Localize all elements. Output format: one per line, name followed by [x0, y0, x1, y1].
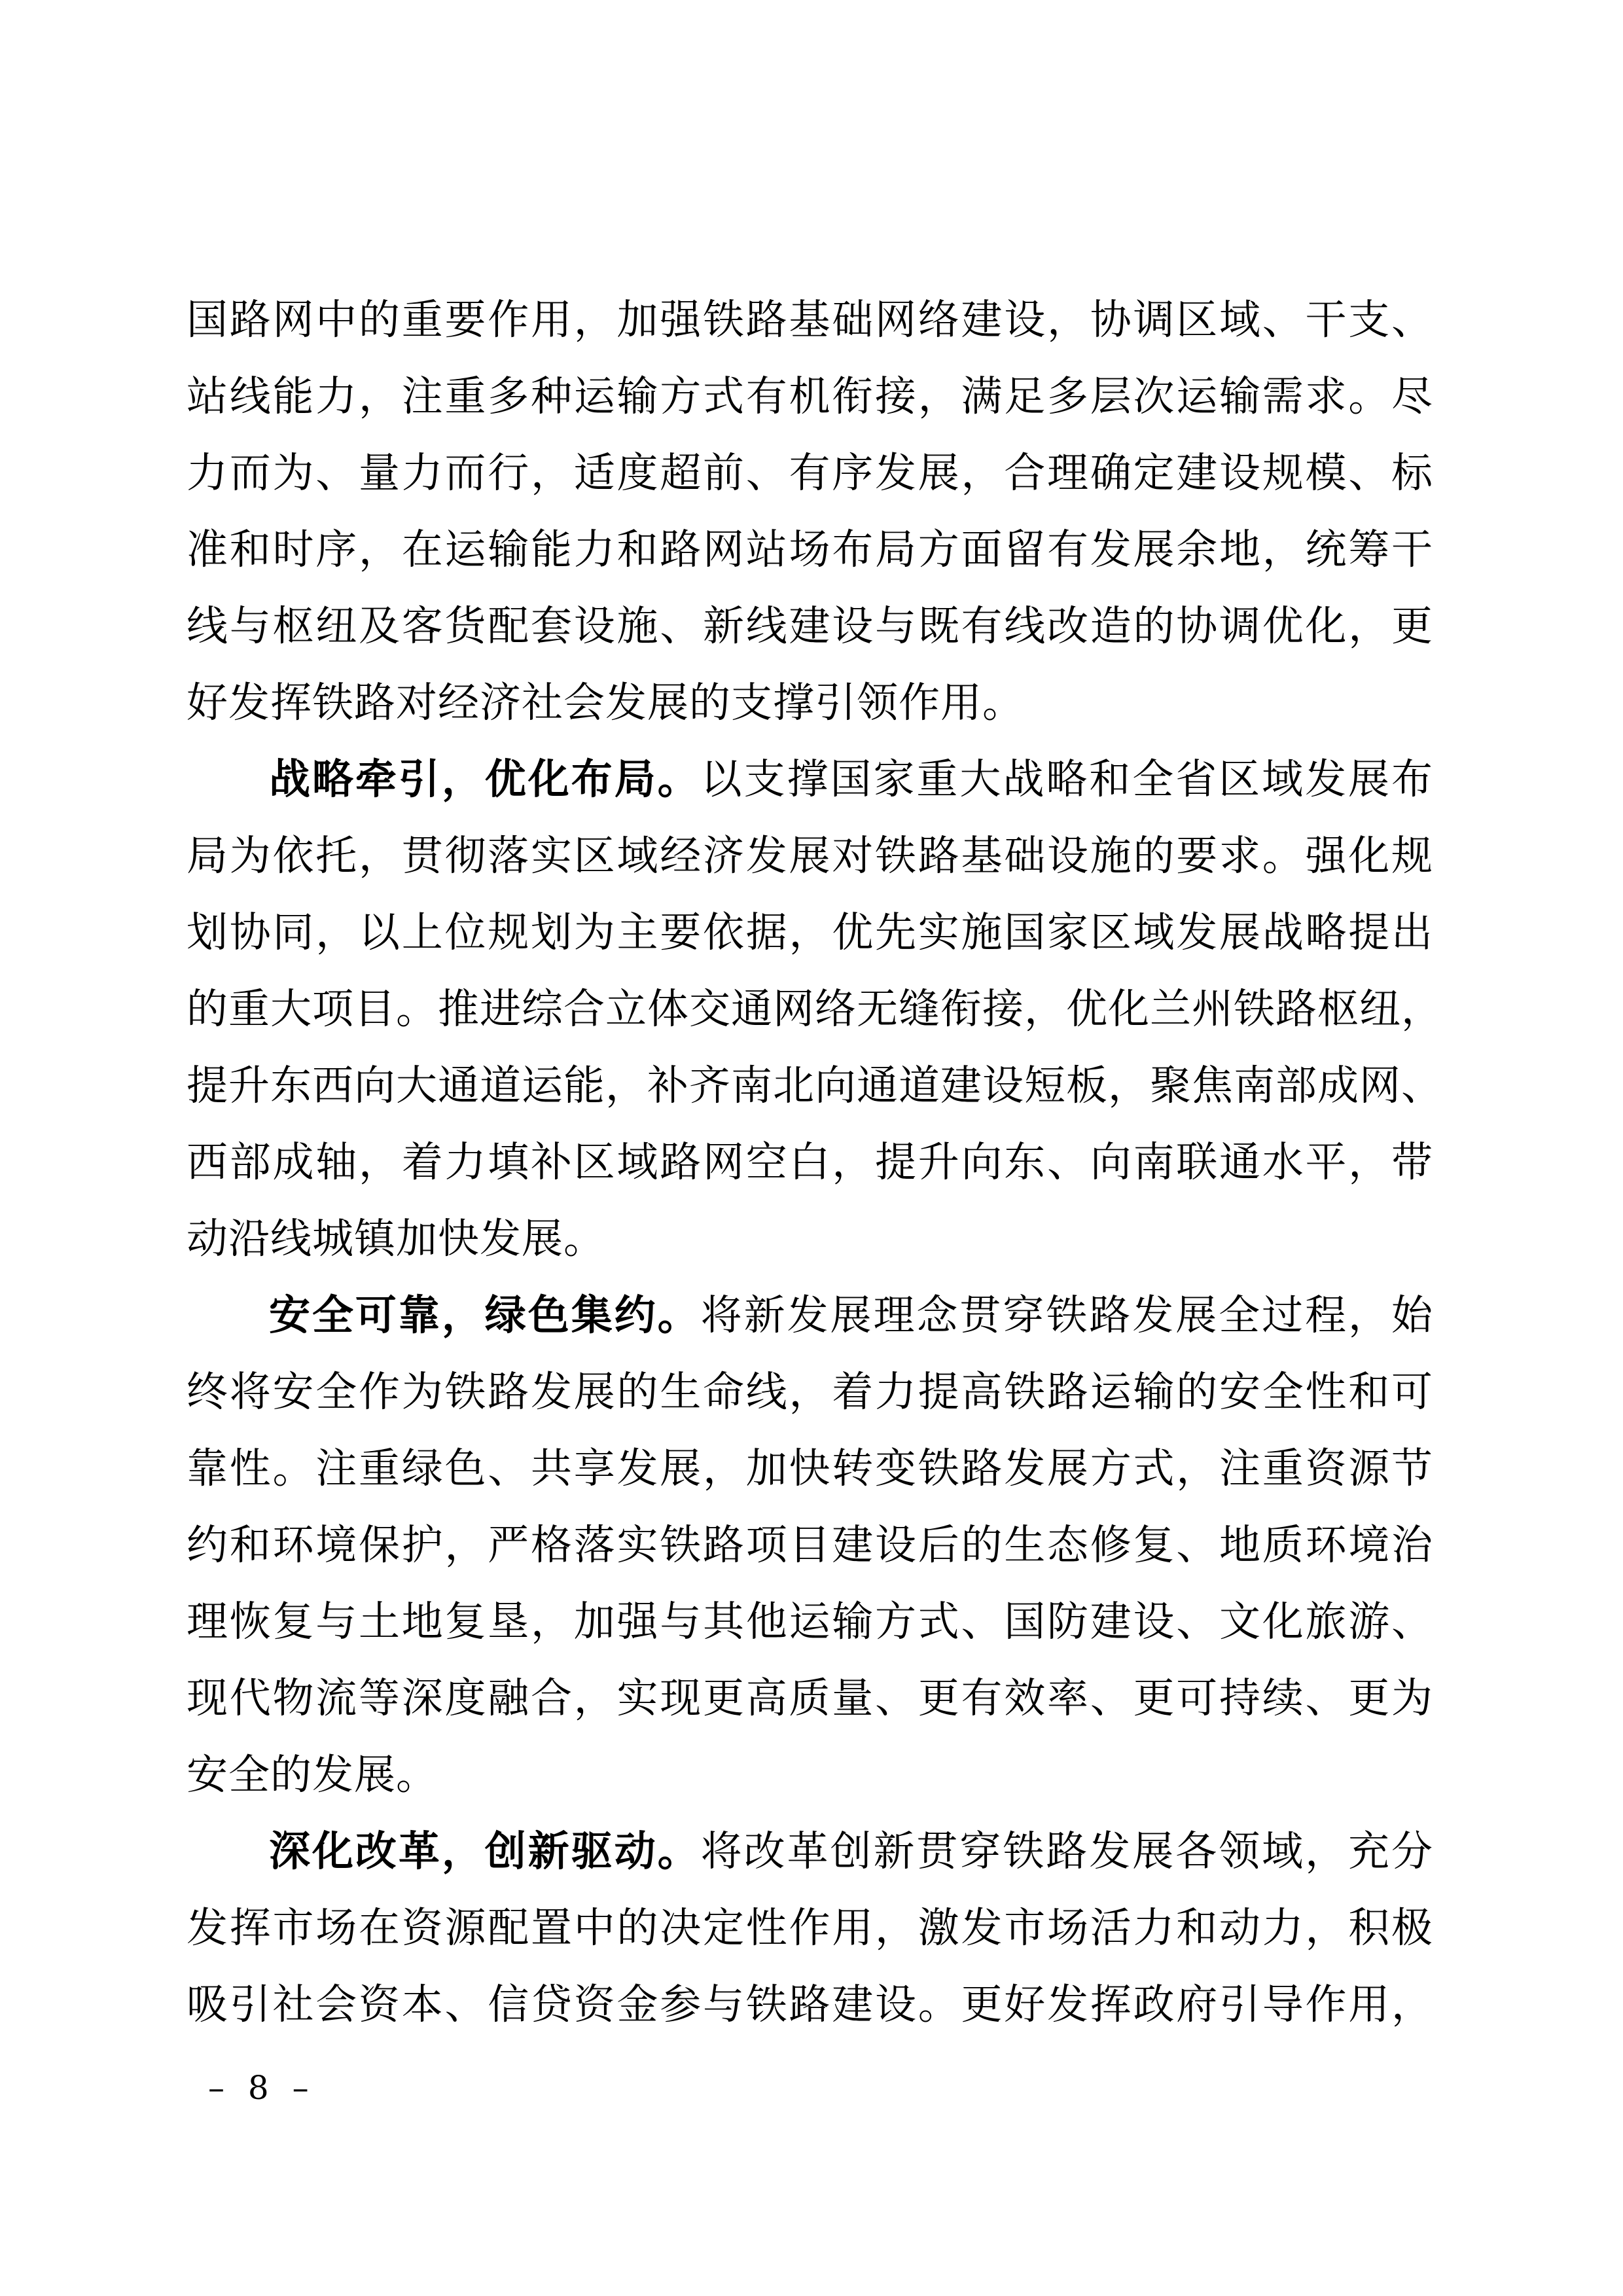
text-line: 终将安全作为铁路发展的生命线，着力提高铁路运输的安全性和可	[187, 1354, 1433, 1430]
line-text: 发挥市场在资源配置中的决定性作用，激发市场活力和动力，积极	[187, 1904, 1433, 1952]
text-line: 的重大项目。推进综合立体交通网络无缝衔接，优化兰州铁路枢纽，	[187, 971, 1433, 1047]
text-line: 西部成轴，着力填补区域路网空白，提升向东、向南联通水平，带	[187, 1124, 1433, 1200]
line-text: 好发挥铁路对经济社会发展的支撑引领作用。	[187, 679, 1024, 726]
text-line: 安全的发展。	[187, 1736, 1433, 1813]
line-text: 划协同，以上位规划为主要依据，优先实施国家区域发展战略提出	[187, 908, 1433, 956]
line-text: 线与枢纽及客货配套设施、新线建设与既有线改造的协调优化，更	[187, 602, 1433, 650]
text-line: 动沿线城镇加快发展。	[187, 1200, 1433, 1277]
text-line: 现代物流等深度融合，实现更高质量、更有效率、更可持续、更为	[187, 1660, 1433, 1736]
line-text: 将新发展理念贯穿铁路发展全过程，始	[701, 1291, 1433, 1339]
text-line: 深化改革，创新驱动。将改革创新贯穿铁路发展各领域，充分	[187, 1813, 1433, 1890]
paragraph-lead: 深化改革，创新驱动。	[269, 1827, 701, 1875]
line-text: 提升东西向大通道运能，补齐南北向通道建设短板，聚焦南部成网、	[187, 1062, 1443, 1109]
text-line: 吸引社会资本、信贷资金参与铁路建设。更好发挥政府引导作用，	[187, 1966, 1433, 2043]
line-text: 靠性。注重绿色、共享发展，加快转变铁路发展方式，注重资源节	[187, 1444, 1433, 1492]
line-text: 局为依托，贯彻落实区域经济发展对铁路基础设施的要求。强化规	[187, 832, 1433, 880]
line-text: 理恢复与土地复垦，加强与其他运输方式、国防建设、文化旅游、	[187, 1598, 1433, 1645]
line-text: 安全的发展。	[187, 1751, 438, 1799]
line-text: 以支撑国家重大战略和全省区域发展布	[701, 755, 1433, 803]
text-line: 国路网中的重要作用，加强铁路基础网络建设，协调区域、干支、	[187, 281, 1433, 358]
paragraph-lead: 安全可靠，绿色集约。	[269, 1291, 701, 1339]
page-footer: – 8 –	[208, 2062, 315, 2114]
text-line: 发挥市场在资源配置中的决定性作用，激发市场活力和动力，积极	[187, 1890, 1433, 1966]
text-line: 划协同，以上位规划为主要依据，优先实施国家区域发展战略提出	[187, 894, 1433, 971]
line-text: 准和时序，在运输能力和路网站场布局方面留有发展余地，统筹干	[187, 526, 1433, 573]
text-line: 准和时序，在运输能力和路网站场布局方面留有发展余地，统筹干	[187, 511, 1433, 588]
line-text: 吸引社会资本、信贷资金参与铁路建设。更好发挥政府引导作用，	[187, 1981, 1433, 2028]
text-line: 理恢复与土地复垦，加强与其他运输方式、国防建设、文化旅游、	[187, 1583, 1433, 1660]
document-page: 国路网中的重要作用，加强铁路基础网络建设，协调区域、干支、站线能力，注重多种运输…	[0, 0, 1623, 2296]
line-text: 终将安全作为铁路发展的生命线，着力提高铁路运输的安全性和可	[187, 1368, 1433, 1416]
text-line: 线与枢纽及客货配套设施、新线建设与既有线改造的协调优化，更	[187, 588, 1433, 664]
text-line: 安全可靠，绿色集约。将新发展理念贯穿铁路发展全过程，始	[187, 1277, 1433, 1354]
text-line: 好发挥铁路对经济社会发展的支撑引领作用。	[187, 664, 1433, 741]
line-text: 的重大项目。推进综合立体交通网络无缝衔接，优化兰州铁路枢纽，	[187, 985, 1443, 1033]
text-line: 约和环境保护，严格落实铁路项目建设后的生态修复、地质环境治	[187, 1507, 1433, 1583]
paragraph-lead: 战略牵引，优化布局。	[269, 755, 701, 803]
document-body: 国路网中的重要作用，加强铁路基础网络建设，协调区域、干支、站线能力，注重多种运输…	[187, 281, 1433, 2043]
line-text: 将改革创新贯穿铁路发展各领域，充分	[701, 1827, 1433, 1875]
text-line: 力而为、量力而行，适度超前、有序发展，合理确定建设规模、标	[187, 435, 1433, 511]
line-text: 约和环境保护，严格落实铁路项目建设后的生态修复、地质环境治	[187, 1521, 1433, 1569]
text-line: 提升东西向大通道运能，补齐南北向通道建设短板，聚焦南部成网、	[187, 1047, 1433, 1124]
text-line: 战略牵引，优化布局。以支撑国家重大战略和全省区域发展布	[187, 741, 1433, 817]
line-text: 国路网中的重要作用，加强铁路基础网络建设，协调区域、干支、	[187, 296, 1433, 344]
text-line: 靠性。注重绿色、共享发展，加快转变铁路发展方式，注重资源节	[187, 1430, 1433, 1507]
line-text: 站线能力，注重多种运输方式有机衔接，满足多层次运输需求。尽	[187, 372, 1433, 420]
line-text: 现代物流等深度融合，实现更高质量、更有效率、更可持续、更为	[187, 1674, 1433, 1722]
line-text: 力而为、量力而行，适度超前、有序发展，合理确定建设规模、标	[187, 449, 1433, 497]
text-line: 局为依托，贯彻落实区域经济发展对铁路基础设施的要求。强化规	[187, 817, 1433, 894]
page-number: – 8 –	[208, 2069, 315, 2107]
line-text: 动沿线城镇加快发展。	[187, 1215, 605, 1263]
line-text: 西部成轴，着力填补区域路网空白，提升向东、向南联通水平，带	[187, 1138, 1433, 1186]
text-line: 站线能力，注重多种运输方式有机衔接，满足多层次运输需求。尽	[187, 358, 1433, 435]
